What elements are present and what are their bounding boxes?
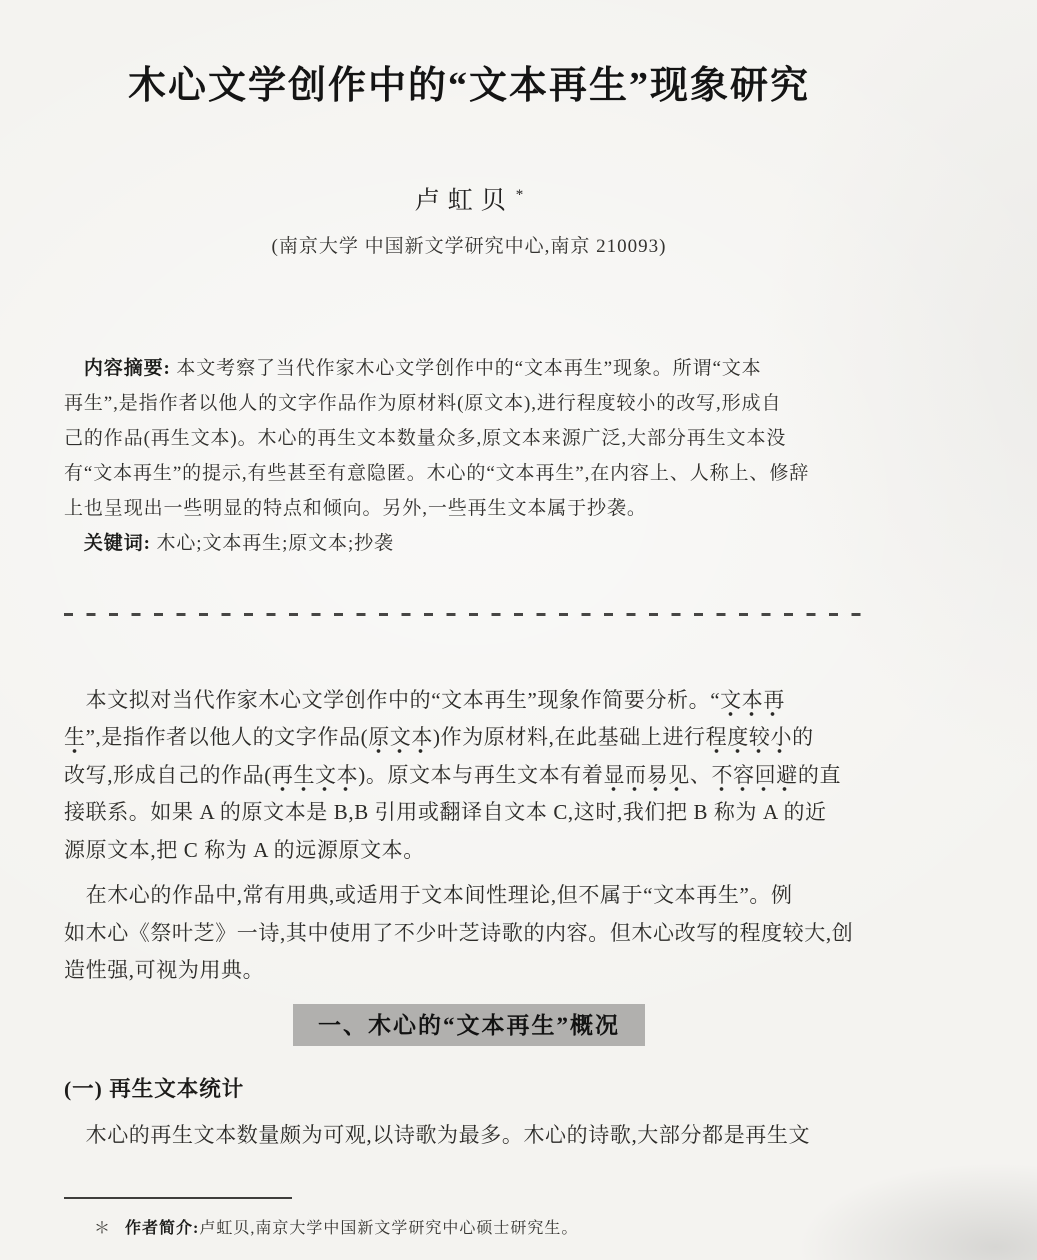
text-line: 如木心《祭叶芝》一诗,其中使用了不少叶芝诗歌的内容。但木心改写的程度较大,创 <box>64 915 874 953</box>
body-paragraph-1: 本文拟对当代作家木心文学创作中的“文本再生”现象作简要分析。“文本再生”,是指作… <box>64 682 874 870</box>
text-run: 如木心《祭叶芝》一诗,其中使用了不少叶芝诗歌的内容。但木心改写的程度较大,创 <box>64 921 853 945</box>
text-run: 有“文本再生”的提示,有些甚至有意隐匿。木心的“文本再生”,在内容上、人称上、修… <box>64 463 809 484</box>
text-run: 本文拟对当代作家木心文学创作中的“文本再生”现象作简要分析。“ <box>64 688 720 712</box>
text-run: 在木心的作品中,常有用典,或适用于文本间性理论,但不属于“文本再生”。例 <box>64 883 793 907</box>
author-footnote-mark: * <box>516 187 524 203</box>
text-line: 生”,是指作者以他人的文字作品(原文本)作为原材料,在此基础上进行程度较小的 <box>64 719 874 757</box>
text-run: 的直 <box>798 763 841 787</box>
author-name: 卢虹贝 <box>415 187 514 214</box>
body-paragraph-2: 在木心的作品中,常有用典,或适用于文本间性理论,但不属于“文本再生”。例如木心《… <box>64 877 874 990</box>
text-line: 木心的再生文本数量颇为可观,以诗歌为最多。木心的诗歌,大部分都是再生文 <box>64 1117 874 1155</box>
text-run: 接联系。如果 A 的原文本是 B,B 引用或翻译自文本 C,这时,我们把 B 称… <box>64 800 827 824</box>
text-line: 本文拟对当代作家木心文学创作中的“文本再生”现象作简要分析。“文本再 <box>64 682 874 720</box>
text-line: 有“文本再生”的提示,有些甚至有意隐匿。木心的“文本再生”,在内容上、人称上、修… <box>64 456 874 491</box>
emphasized-text: 原文本 <box>368 725 433 754</box>
text-line: 改写,形成自己的作品(再生文本)。原文本与再生文本有着显而易见、不容回避的直 <box>64 757 874 795</box>
footnote-body: 卢虹贝,南京大学中国新文学研究中心硕士研究生。 <box>199 1220 578 1237</box>
emphasized-text: 再生文本 <box>272 763 358 792</box>
text-run: 、 <box>690 763 712 787</box>
emphasized-text: 生 <box>64 725 86 754</box>
bold-label: 内容摘要: <box>84 358 171 379</box>
paper-title: 木心文学创作中的“文本再生”现象研究 <box>64 0 874 110</box>
text-run: 木心;文本再生;原文本;抄袭 <box>151 533 394 554</box>
text-line: 接联系。如果 A 的原文本是 B,B 引用或翻译自文本 C,这时,我们把 B 称… <box>64 794 874 832</box>
text-line: 再生”,是指作者以他人的文字作品作为原材料(原文本),进行程度较小的改写,形成自 <box>64 386 874 421</box>
text-run: 改写,形成自己的作品( <box>64 763 272 787</box>
text-run: )作为原材料,在此基础上进行 <box>433 725 706 749</box>
text-run: )。原文本与再生文本有着 <box>358 763 603 787</box>
subsection-heading: (一) 再生文本统计 <box>64 1072 874 1103</box>
body-paragraph-3: 木心的再生文本数量颇为可观,以诗歌为最多。木心的诗歌,大部分都是再生文 <box>64 1117 874 1155</box>
footnote-rule <box>64 1197 292 1199</box>
footnote-label: 作者简介: <box>125 1220 199 1237</box>
text-line: 源原文本,把 C 称为 A 的远源原文本。 <box>64 832 874 870</box>
text-line: 己的作品(再生文本)。木心的再生文本数量众多,原文本来源广泛,大部分再生文本没 <box>64 421 874 456</box>
emphasized-text: 文本再 <box>720 688 785 717</box>
text-run: ”,是指作者以他人的文字作品( <box>86 725 369 749</box>
bold-label: 关键词: <box>84 533 151 554</box>
text-line: 在木心的作品中,常有用典,或适用于文本间性理论,但不属于“文本再生”。例 <box>64 877 874 915</box>
text-run: 上也呈现出一些明显的特点和倾向。另外,一些再生文本属于抄袭。 <box>64 498 647 519</box>
text-run: 己的作品(再生文本)。木心的再生文本数量众多,原文本来源广泛,大部分再生文本没 <box>64 428 786 449</box>
section-heading-wrap: 一、木心的“文本再生”概况 <box>64 1004 874 1046</box>
emphasized-text: 程度较小 <box>706 725 792 754</box>
text-line: 上也呈现出一些明显的特点和倾向。另外,一些再生文本属于抄袭。 <box>64 491 874 526</box>
text-run <box>64 533 84 554</box>
footnote-text: ＊作者简介:卢虹贝,南京大学中国新文学研究中心硕士研究生。 <box>64 1215 874 1238</box>
abstract-block: 内容摘要: 本文考察了当代作家木心文学创作中的“文本再生”现象。所谓“文本再生”… <box>64 351 874 561</box>
footnote-asterisk: ＊ <box>94 1220 111 1237</box>
text-run: 的 <box>792 725 814 749</box>
emphasized-text: 不容回避 <box>711 763 797 792</box>
text-run: 源原文本,把 C 称为 A 的远源原文本。 <box>64 838 425 862</box>
footnote: ＊作者简介:卢虹贝,南京大学中国新文学研究中心硕士研究生。 <box>64 1197 874 1238</box>
text-run: 本文考察了当代作家木心文学创作中的“文本再生”现象。所谓“文本 <box>171 358 762 379</box>
section-heading-highlight: 一、木心的“文本再生”概况 <box>293 1004 645 1046</box>
author-line: 卢虹贝* <box>64 186 874 216</box>
scanned-paper-page: 木心文学创作中的“文本再生”现象研究 卢虹贝* (南京大学 中国新文学研究中心,… <box>0 0 1037 1260</box>
affiliation: (南京大学 中国新文学研究中心,南京 210093) <box>64 236 874 259</box>
text-run: 再生”,是指作者以他人的文字作品作为原材料(原文本),进行程度较小的改写,形成自 <box>64 393 781 414</box>
text-run: 造性强,可视为用典。 <box>64 958 264 982</box>
text-line: 造性强,可视为用典。 <box>64 952 874 990</box>
text-line: 内容摘要: 本文考察了当代作家木心文学创作中的“文本再生”现象。所谓“文本 <box>64 351 874 386</box>
emphasized-text: 显而易见 <box>603 763 689 792</box>
text-run: 木心的再生文本数量颇为可观,以诗歌为最多。木心的诗歌,大部分都是再生文 <box>64 1123 810 1147</box>
text-line: 关键词: 木心;文本再生;原文本;抄袭 <box>64 526 874 561</box>
content-column: 木心文学创作中的“文本再生”现象研究 卢虹贝* (南京大学 中国新文学研究中心,… <box>0 0 1037 1154</box>
dashed-divider <box>64 613 874 616</box>
text-run <box>64 358 84 379</box>
